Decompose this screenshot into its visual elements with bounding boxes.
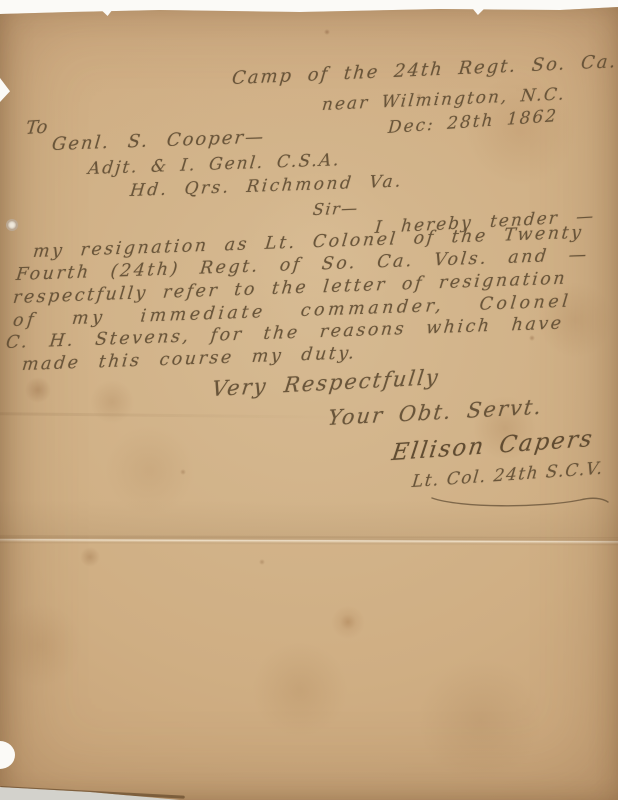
salutation: Sir— xyxy=(312,198,360,219)
paper-sheet: Camp of the 24th Regt. So. Ca. Vols near… xyxy=(0,0,618,800)
punch-hole xyxy=(6,219,18,231)
signature-flourish xyxy=(430,492,610,510)
letter-scan: Camp of the 24th Regt. So. Ca. Vols near… xyxy=(0,0,618,800)
recipient-to: To xyxy=(25,116,49,139)
